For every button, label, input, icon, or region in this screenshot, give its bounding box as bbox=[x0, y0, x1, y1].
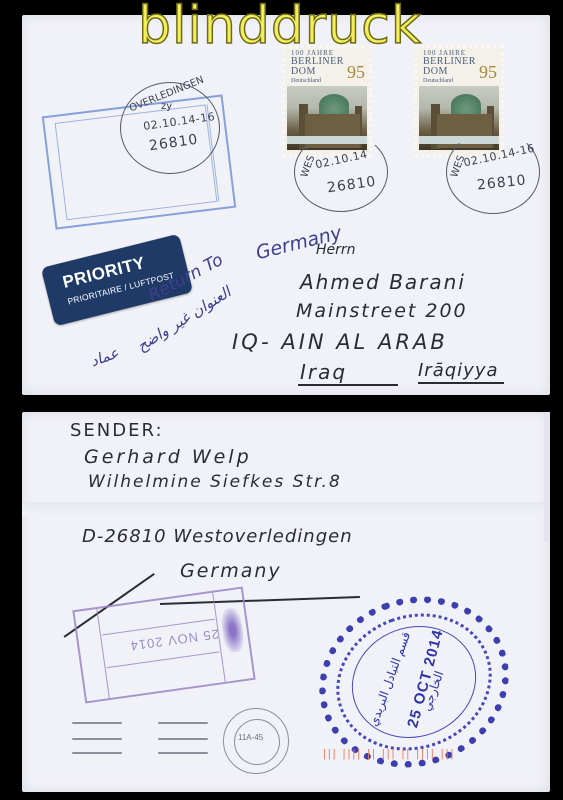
postmark-ring bbox=[234, 719, 280, 765]
postmark-date: 02.10.14-16 bbox=[462, 142, 536, 170]
postmark-code: zy bbox=[161, 101, 172, 112]
dome-shape bbox=[451, 94, 481, 116]
cancel-wave bbox=[72, 722, 122, 724]
sender-country: Germany bbox=[180, 560, 282, 582]
cancel-wave bbox=[158, 722, 208, 724]
recipient-name: Ahmed Barani bbox=[300, 270, 466, 294]
dome-shape bbox=[319, 94, 349, 116]
small-postmark-text: 11A-45 bbox=[238, 733, 263, 742]
sender-name: Gerhard Welp bbox=[84, 446, 252, 468]
recipient-salutation: Herrn bbox=[316, 242, 356, 258]
postmark-date: 02.10.14 bbox=[314, 148, 369, 172]
underline bbox=[298, 384, 398, 386]
red-barcode-marks: ||| |||| || ||| || |||| ||| bbox=[323, 748, 455, 760]
postmark-zip: 26810 bbox=[326, 174, 377, 197]
watermark: blinddruck bbox=[130, 0, 430, 56]
envelope-flap bbox=[22, 502, 550, 516]
sender-street: Wilhelmine Siefkes Str.8 bbox=[88, 472, 342, 492]
recipient-street: Mainstreet 200 bbox=[296, 300, 468, 322]
ink-blot bbox=[220, 607, 246, 653]
recipient-country: Iraq bbox=[300, 360, 347, 384]
cancel-wave bbox=[158, 738, 208, 740]
postmark-zip: 26810 bbox=[148, 132, 199, 155]
underline bbox=[418, 382, 504, 384]
postmark-overledingen: OVERLEDINGEN zy 02.10.14-16 26810 bbox=[120, 82, 220, 174]
recipient-city: IQ- AIN AL ARAB bbox=[232, 330, 448, 354]
cancel-wave bbox=[158, 752, 208, 754]
postmark-date: 02.10.14-16 bbox=[142, 110, 216, 133]
sender-label: SENDER: bbox=[70, 420, 164, 441]
stamp-value: 95 bbox=[347, 62, 365, 83]
envelope-flap-edge bbox=[544, 412, 550, 542]
recipient-country-alt: Irāqiyya bbox=[418, 360, 499, 381]
stamp-value: 95 bbox=[479, 62, 497, 83]
sender-city: D-26810 Westoverledingen bbox=[82, 526, 353, 547]
postmark-zip: 26810 bbox=[476, 172, 527, 193]
postmark-stamp-1: WES 02.10.14 26810 bbox=[294, 132, 388, 212]
cancel-wave bbox=[72, 752, 122, 754]
cancel-wave bbox=[72, 738, 122, 740]
small-postmark: 11A-45 bbox=[223, 708, 289, 774]
postmark-stamp-2: WES 02.10.14-16 26810 bbox=[446, 130, 540, 214]
